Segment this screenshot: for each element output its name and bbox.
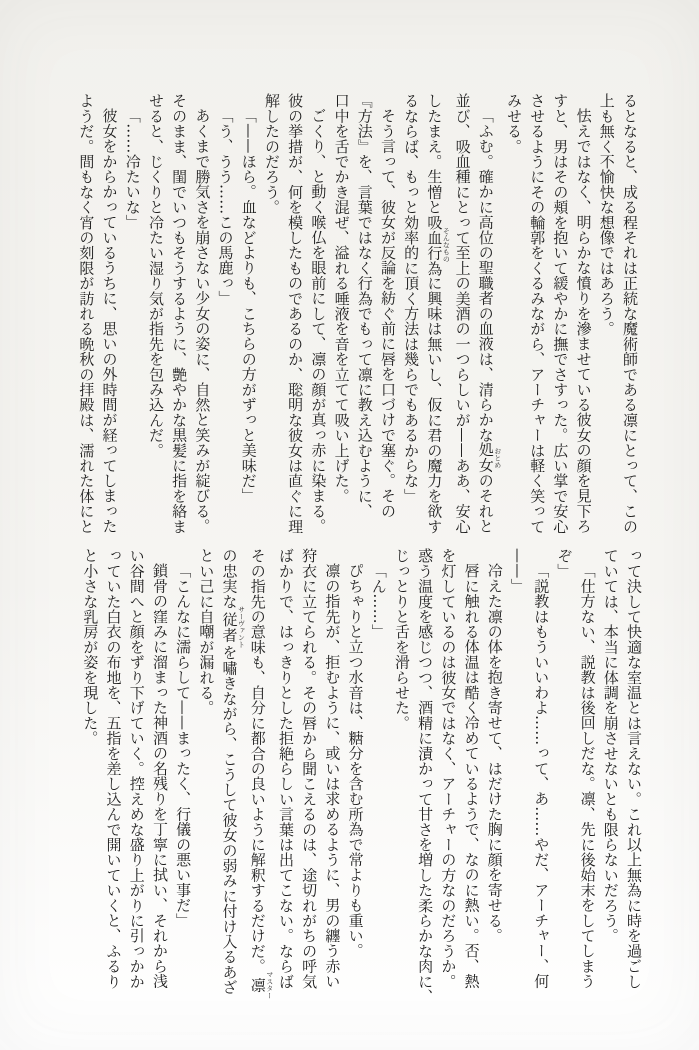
ruby-annotated-word: 従者サーヴァント bbox=[221, 609, 239, 645]
text-line: 口中を舌でかき混ぜ、溢れる唾液を音を立てて吸い上げた。 bbox=[329, 93, 352, 535]
text-line: ごくり、と動く喉仏を眼前にして、凛の顔が真っ赤に染まる。 bbox=[306, 93, 329, 535]
top-text-block: るとなると、成る程それは正統な魔術師である凛にとって、この上も無く不愉快な想像で… bbox=[74, 93, 641, 535]
text-line: 狩衣に立てられる。その唇から聞こえるのは、途切れがちの呼気 bbox=[297, 548, 320, 1010]
text-line: ていては、本当に体調を崩させないとも限らないだろう。 bbox=[599, 548, 622, 1010]
text-line: 「ん……」 bbox=[367, 548, 390, 1010]
text-line: 「こんなに濡らして——まったく、行儀の悪い事だ」 bbox=[171, 548, 194, 1010]
text-line: 凛の指先が、拒むように、或いは求めるように、男の纏う赤い bbox=[320, 548, 343, 1010]
text-line: あくまで勝気さを崩さない少女の姿に、自然と笑みが綻びる。 bbox=[190, 93, 213, 535]
text-line: そのまま、閨でいつもそうするように、艶やかな黒髪に指を絡ま bbox=[167, 93, 190, 535]
text-line: 鎖骨の窪みに溜まった神酒の名残りを丁寧に拭い、それから浅 bbox=[148, 548, 171, 1010]
text-line: 『方法』を、言葉ではなく行為でもって凛に教え込むように、 bbox=[353, 93, 376, 535]
text-line: せると、じくりと冷たい湿り気が指先を包み込んだ。 bbox=[144, 93, 167, 535]
text-line: そう言って、彼女が反論を紡ぐ前に唇を口づけで塞ぐ。その bbox=[376, 93, 399, 535]
text-line: 上も無く不愉快な想像ではあろう。 bbox=[595, 93, 618, 535]
text-line: 怯えではなく、明らかな憤りを滲ませている彼女の顔を見下ろ bbox=[571, 93, 594, 535]
text-line: るならば、もっと効率的に頂く方法は幾らでもあるからな」 bbox=[399, 93, 422, 535]
text-line: じっとりと舌を滑らせた。 bbox=[390, 548, 413, 1010]
text-line: ばかりで、はっきりとした拒絶らしい言葉は出てこない。ならば bbox=[274, 548, 297, 1010]
text-line: 惑う温度を感じつつ、酒精に漬かって甘さを増した柔らかな肉に、 bbox=[413, 548, 436, 1010]
text-line: させるようにその輪郭をくるみながら、アーチャーは軽く笑って bbox=[525, 93, 548, 535]
ruby-annotated-word: 吸血行為そんなもの bbox=[425, 215, 443, 276]
text-line: とい己に自嘲が漏れる。 bbox=[194, 548, 217, 1010]
text-line: 「説教はもういいわよ……って、あ……やだ、アーチャー、何 bbox=[529, 548, 552, 1010]
text-line: 「仕方ない、説教は後回しだな。凛、先に後始末をしてしまう bbox=[575, 548, 598, 1010]
text-line: 「——ほら。血などよりも、こちらの方がずっと美味だ」 bbox=[237, 93, 260, 535]
text-line: ぞ」 bbox=[552, 548, 575, 1010]
text-line: 解したのだろう。 bbox=[260, 93, 283, 535]
ruby-annotated-word: 凛マスター bbox=[249, 974, 267, 999]
text-line: ようだ。間もなく宵の刻限が訪れる晩秋の拝殿は、濡れた体にと bbox=[74, 93, 97, 535]
scanned-novel-page: るとなると、成る程それは正統な魔術師である凛にとって、この上も無く不愉快な想像で… bbox=[0, 0, 699, 1050]
text-line: したまえ。生憎と吸血行為そんなものに興味は無いし、仮に君の魔力を欲す bbox=[422, 93, 450, 535]
text-line: 冷えた凛の体を抱き寄せて、はだけた胸に顔を寄せる。 bbox=[483, 548, 506, 1010]
text-line: みせる。 bbox=[502, 93, 525, 535]
text-line: い谷間へと顔をずり下げていく。控えめな盛り上がりに引っかか bbox=[125, 548, 148, 1010]
text-line: 「……冷たいな」 bbox=[121, 93, 144, 535]
text-line: 並び、吸血種にとって至上の美酒の一つらしいが——ああ、安心 bbox=[450, 93, 473, 535]
text-line: ——」 bbox=[506, 548, 529, 1010]
text-line: ぴちゃりと立つ水音は、糖分を含む所為で常よりも重い。 bbox=[343, 548, 366, 1010]
text-line: 「ふむ。確かに高位の聖職者の血液は、清らかな処女おとめのそれと bbox=[474, 93, 502, 535]
text-line: 「う、うう……この馬鹿っ」 bbox=[213, 93, 236, 535]
text-line: って決して快適な室温とは言えない。これ以上無為に時を過ごし bbox=[622, 548, 645, 1010]
text-line: 唇に触れる体温は酷く冷めているようで、なのに熱い。否、熱 bbox=[459, 548, 482, 1010]
text-line: っていた白衣の布地を、五指を差し込んで開いていくと、ふるり bbox=[101, 548, 124, 1010]
text-line: 彼の挙措が、何を模したものであるのか、聡明な彼女は直ぐに理 bbox=[283, 93, 306, 535]
text-line: その指先の意味も、自分に都合の良いように解釈するだけだ。凛マスター bbox=[246, 548, 274, 1010]
text-line: を灯しているのは彼女ではなく、アーチャーの方なのだろうか。 bbox=[436, 548, 459, 1010]
text-line: るとなると、成る程それは正統な魔術師である凛にとって、この bbox=[618, 93, 641, 535]
ruby-annotated-word: 処女おとめ bbox=[477, 442, 495, 472]
text-line: と小さな乳房が姿を現した。 bbox=[78, 548, 101, 1010]
text-line: 彼女をからかっているうちに、思いの外時間が経ってしまった bbox=[97, 93, 120, 535]
bottom-text-block: って決して快適な室温とは言えない。これ以上無為に時を過ごしていては、本当に体調を… bbox=[78, 548, 645, 1010]
text-line: の忠実な従者サーヴァントを嘯きながら、こうして彼女の弱みに付け入るあざ bbox=[217, 548, 245, 1010]
text-line: すと、男はその頬を抱いて緩やかに撫でさすった。広い掌で安心 bbox=[548, 93, 571, 535]
